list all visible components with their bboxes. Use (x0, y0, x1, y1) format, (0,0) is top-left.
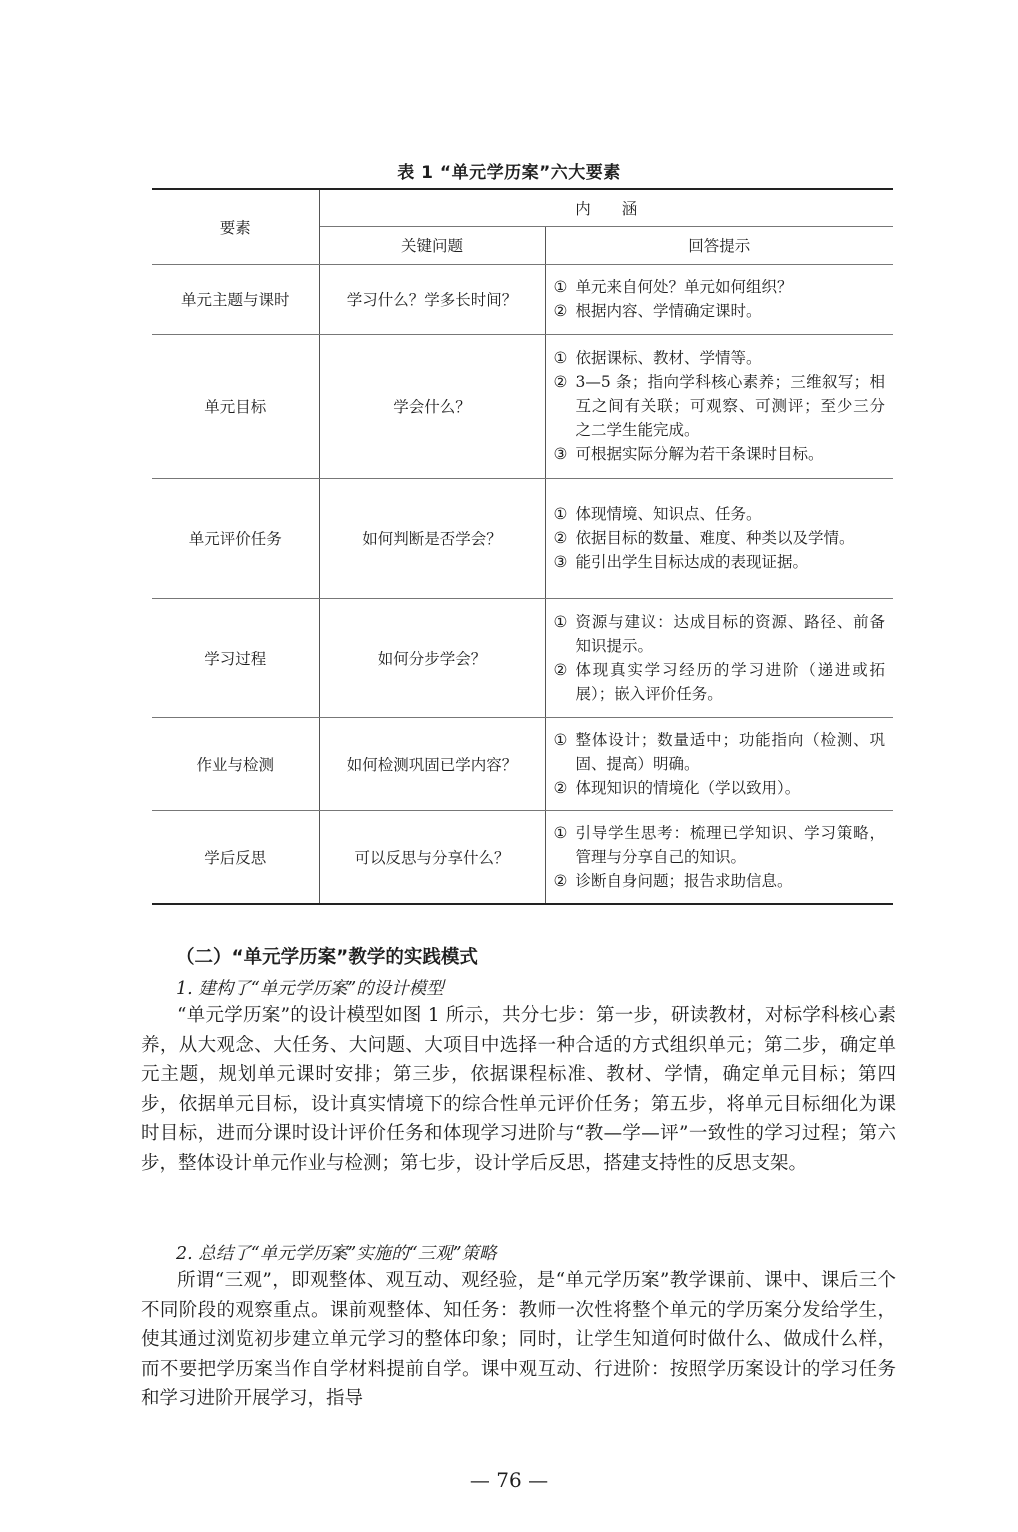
hint-text: 诊断自身问题；报告求助信息。 (576, 869, 886, 893)
hint-text: 引导学生思考：梳理已学知识、学习策略，管理与分享自己的知识。 (576, 821, 886, 869)
hint-cell: ①整体设计；数量适中；功能指向（检测、巩固、提高）明确。 ②体现知识的情境化（学… (545, 717, 893, 810)
hint-text: 3—5 条；指向学科核心素养；三维叙写；相互之间有关联；可观察、可测评；至少三分… (576, 370, 886, 442)
question-cell: 可以反思与分享什么？ (319, 810, 545, 904)
paragraph-design-model: “单元学历案”的设计模型如图 1 所示，共分七步：第一步，研读教材，对标学科核心… (141, 1001, 896, 1179)
element-cell: 单元评价任务 (152, 478, 319, 598)
element-cell: 学后反思 (152, 810, 319, 904)
subsection-heading-2: 2. 总结了“单元学历案”实施的“三观”策略 (176, 1240, 497, 1265)
question-cell: 如何检测巩固已学内容？ (319, 717, 545, 810)
hint-text: 可根据实际分解为若干条课时目标。 (576, 442, 886, 466)
hint-cell: ①资源与建议：达成目标的资源、路径、前备知识提示。 ②体现真实学习经历的学习进阶… (545, 598, 893, 717)
hint-text: 单元来自何处？单元如何组织？ (576, 275, 886, 299)
hint-cell: ①依据课标、教材、学情等。 ②3—5 条；指向学科核心素养；三维叙写；相互之间有… (545, 334, 893, 478)
table-caption: 表 1 “单元学历案”六大要素 (0, 158, 1018, 183)
hint-text: 体现情境、知识点、任务。 (576, 502, 886, 526)
hint-text: 能引出学生目标达成的表现证据。 (576, 550, 886, 574)
question-cell: 如何判断是否学会？ (319, 478, 545, 598)
subsection-heading-1: 1. 建构了“单元学历案”的设计模型 (176, 975, 444, 1000)
paragraph-three-views: 所谓“三观”，即观整体、观互动、观经验，是“单元学历案”教学课前、课中、课后三个… (141, 1266, 896, 1414)
table-row: 学习过程 如何分步学会？ ①资源与建议：达成目标的资源、路径、前备知识提示。 ②… (152, 598, 893, 717)
hint-cell: ①体现情境、知识点、任务。 ②依据目标的数量、难度、种类以及学情。 ③能引出学生… (545, 478, 893, 598)
six-elements-table: 要素 内 涵 关键问题 回答提示 单元主题与课时 学习什么？学多长时间？ ①单元… (152, 188, 893, 905)
header-key-question: 关键问题 (319, 226, 545, 264)
question-cell: 如何分步学会？ (319, 598, 545, 717)
section-heading: （二）“单元学历案”教学的实践模式 (176, 943, 478, 969)
question-cell: 学习什么？学多长时间？ (319, 264, 545, 334)
element-cell: 单元目标 (152, 334, 319, 478)
hint-text: 依据目标的数量、难度、种类以及学情。 (576, 526, 886, 550)
hint-text: 依据课标、教材、学情等。 (576, 346, 886, 370)
page-number: — 76 — (0, 1468, 1018, 1492)
element-cell: 学习过程 (152, 598, 319, 717)
hint-text: 体现真实学习经历的学习进阶（递进或拓展）；嵌入评价任务。 (576, 658, 886, 706)
header-answer-hint: 回答提示 (545, 226, 893, 264)
table-row: 单元评价任务 如何判断是否学会？ ①体现情境、知识点、任务。 ②依据目标的数量、… (152, 478, 893, 598)
table-row: 单元目标 学会什么？ ①依据课标、教材、学情等。 ②3—5 条；指向学科核心素养… (152, 334, 893, 478)
element-cell: 作业与检测 (152, 717, 319, 810)
table-row: 单元主题与课时 学习什么？学多长时间？ ①单元来自何处？单元如何组织？ ②根据内… (152, 264, 893, 334)
hint-cell: ①引导学生思考：梳理已学知识、学习策略，管理与分享自己的知识。 ②诊断自身问题；… (545, 810, 893, 904)
element-cell: 单元主题与课时 (152, 264, 319, 334)
header-connotation: 内 涵 (319, 189, 893, 226)
hint-cell: ①单元来自何处？单元如何组织？ ②根据内容、学情确定课时。 (545, 264, 893, 334)
hint-text: 体现知识的情境化（学以致用）。 (576, 776, 886, 800)
header-element: 要素 (152, 189, 319, 264)
hint-text: 资源与建议：达成目标的资源、路径、前备知识提示。 (576, 610, 886, 658)
hint-text: 整体设计；数量适中；功能指向（检测、巩固、提高）明确。 (576, 728, 886, 776)
table-row: 学后反思 可以反思与分享什么？ ①引导学生思考：梳理已学知识、学习策略，管理与分… (152, 810, 893, 904)
hint-text: 根据内容、学情确定课时。 (576, 299, 886, 323)
question-cell: 学会什么？ (319, 334, 545, 478)
table-row: 作业与检测 如何检测巩固已学内容？ ①整体设计；数量适中；功能指向（检测、巩固、… (152, 717, 893, 810)
